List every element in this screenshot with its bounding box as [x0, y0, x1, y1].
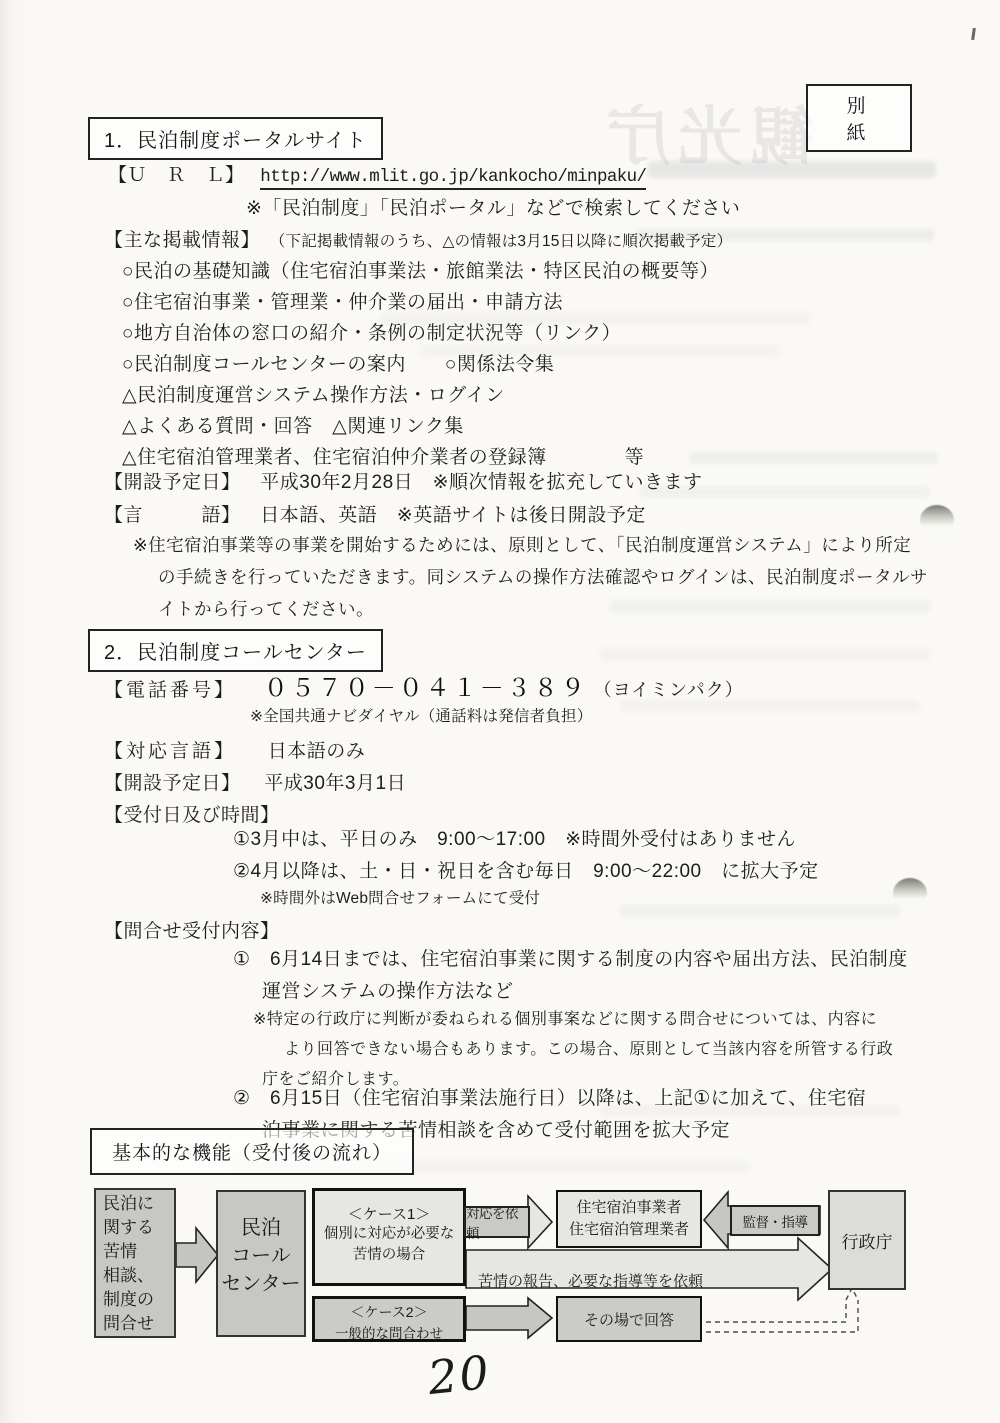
call-open-date-label: 【開設予定日】	[104, 768, 241, 795]
portal-item: ○民泊制度コールセンターの案内 ○関係法令集	[122, 349, 554, 376]
inquiry-item1-line2: 運営システムの操作方法など	[262, 976, 514, 1003]
dashed-connector	[706, 1300, 846, 1322]
scanned-document-page: 観光庁 別 紙 1．民泊制度ポータルサイト 【Ｕ Ｒ Ｌ】 http://www…	[0, 0, 1000, 1423]
case1-body: 個別に対応が必要な苦情の場合	[315, 1224, 463, 1266]
flow-box-inquiry-line: 相談、	[103, 1264, 174, 1288]
hours-note: ※時間外はWeb問合せフォームにて受付	[260, 886, 540, 908]
info-note: （下記掲載情報のうち、△の情報は3月15日以降に順次掲載予定）	[270, 233, 732, 250]
flow-box-inquiry-line: 問合せ	[103, 1312, 174, 1336]
info-line: 【主な掲載情報】 （下記掲載情報のうち、△の情報は3月15日以降に順次掲載予定）	[104, 225, 732, 252]
call-language-value: 日本語のみ	[268, 741, 366, 762]
phone-note: ※全国共通ナビダイヤル（通話料は発信者負担）	[250, 704, 592, 726]
portal-note-line3: イトから行ってください。	[158, 596, 374, 621]
flow-box-inquiry-line: 制度の	[103, 1288, 174, 1312]
call-language-label: 【対応言語】	[104, 736, 236, 763]
inquiry-note-line1: ※特定の行政庁に判断が委ねられる個別事案などに関する問合せについては、内容に	[253, 1006, 877, 1029]
flow-box-callcenter-line: 民泊	[218, 1214, 304, 1242]
operators-line2: 住宅宿泊管理業者	[558, 1219, 700, 1241]
arrow-to-callcenter	[176, 1228, 218, 1282]
open-date-value: 平成30年2月28日 ※順次情報を拡充していきます	[260, 472, 702, 493]
portal-language-line: 【言 語】 日本語、英語 ※英語サイトは後日開設予定	[104, 500, 646, 527]
bleed-through-band	[648, 161, 936, 178]
flow-title: 基本的な機能（受付後の流れ）	[90, 1128, 414, 1175]
section2-title: 2．民泊制度コールセンター	[88, 629, 383, 672]
flow-box-inquiry-line: 関する	[103, 1216, 174, 1240]
case2-title: ＜ケース2＞	[315, 1302, 463, 1322]
dashed-connector	[706, 1300, 858, 1332]
info-label: 【主な掲載情報】	[104, 225, 260, 252]
inquiry-item2-line1: ② 6月15日（住宅宿泊事業法施行日）以降は、上記①に加えて、住宅宿	[233, 1083, 866, 1110]
call-language-line: 【対応言語】 日本語のみ	[104, 736, 365, 763]
flow-box-inquiry-line: 民泊に	[103, 1192, 174, 1216]
portal-item: ○地方自治体の窓口の紹介・条例の制定状況等（リンク）	[122, 318, 621, 345]
flow-box-answer: その場で回答	[556, 1296, 702, 1342]
arrow-request-label: 対応を依頼	[464, 1206, 530, 1238]
flow-box-case2: ＜ケース2＞ 一般的な問合わせ	[312, 1296, 466, 1342]
flow-box-callcenter-line: コール	[218, 1242, 304, 1270]
portal-url-link: http://www.mlit.go.jp/kankocho/minpaku/	[260, 167, 646, 190]
portal-item: ○住宅宿泊事業・管理業・仲介業の届出・申請方法	[122, 287, 563, 314]
url-line: 【Ｕ Ｒ Ｌ】 http://www.mlit.go.jp/kankocho/m…	[108, 160, 646, 187]
portal-open-date-line: 【開設予定日】 平成30年2月28日 ※順次情報を拡充していきます	[104, 467, 703, 494]
portal-note-line1: ※住宅宿泊事業等の事業を開始するためには、原則として、「民泊制度運営システム」に…	[133, 532, 911, 557]
language-label: 【言 語】	[104, 500, 241, 527]
hours-label: 【受付日及び時間】	[104, 800, 280, 827]
call-open-date-value: 平成30年3月1日	[264, 773, 406, 794]
arrow-case2-shape	[466, 1298, 552, 1338]
portal-item: ○民泊の基礎知識（住宅宿泊事業法・旅館業法・特区民泊の概要等）	[122, 256, 719, 283]
portal-item: △民泊制度運営システム操作方法・ログイン	[122, 380, 505, 407]
bleed-through-band	[600, 648, 930, 661]
hours-item1: ①3月中は、平日のみ 9:00～17:00 ※時間外受付はありません	[233, 824, 796, 851]
arrow-supervise-label: 監督・指導	[730, 1205, 820, 1236]
bleed-through-band	[610, 600, 930, 613]
inquiry-note-line2: より回答できない場合もあります。この場合、原則として当該内容を所管する行政	[284, 1036, 893, 1059]
inquiry-item1-line1: ① 6月14日までは、住宅宿泊事業に関する制度の内容や届出方法、民泊制度	[233, 944, 908, 971]
flow-box-agency: 行政庁	[828, 1190, 906, 1290]
operators-line1: 住宅宿泊事業者	[558, 1197, 700, 1219]
flow-box-callcenter: 民泊 コール センター	[216, 1190, 306, 1337]
scan-hole-artifact	[920, 505, 954, 535]
portal-item: △住宅宿泊管理業者、住宅宿泊仲介業者の登録簿 等	[122, 442, 644, 469]
url-search-note: ※「民泊制度」「民泊ポータル」などで検索してください	[246, 193, 740, 220]
bleed-through-band	[690, 452, 938, 464]
language-value: 日本語、英語 ※英語サイトは後日開設予定	[260, 505, 646, 526]
open-date-label: 【開設予定日】	[104, 467, 241, 494]
case1-title: ＜ケース1＞	[315, 1203, 463, 1224]
attachment-tag: 別 紙	[806, 84, 912, 152]
hours-item2: ②4月以降は、土・日・祝日を含む毎日 9:00～22:00 に拡大予定	[233, 856, 819, 883]
phone-label: 【電話番号】	[104, 675, 236, 702]
flow-box-inquiry-line: 苦情	[103, 1240, 174, 1264]
inquiry-label: 【問合せ受付内容】	[104, 916, 280, 943]
flow-box-callcenter-line: センター	[218, 1270, 304, 1298]
portal-note-line2: の手続きを行っていただきます。同システムの操作方法確認やログインは、民泊制度ポー…	[158, 564, 928, 589]
scan-hole-artifact	[893, 878, 927, 908]
handwritten-page-number: 20	[425, 1345, 493, 1405]
phone-reading: （ヨイミンパク）	[594, 680, 744, 700]
arrow-report-label: 苦情の報告、必要な指導等を依頼	[478, 1270, 703, 1291]
phone-line: 【電話番号】 ０５７０－０４１－３８９ （ヨイミンパク）	[104, 668, 744, 703]
section1-title: 1．民泊制度ポータルサイト	[88, 117, 383, 160]
portal-item: △よくある質問・回答 △関連リンク集	[122, 411, 464, 438]
call-open-date-line: 【開設予定日】 平成30年3月1日	[104, 768, 406, 795]
url-label: 【Ｕ Ｒ Ｌ】	[108, 160, 245, 187]
phone-number: ０５７０－０４１－３８９	[264, 675, 588, 702]
flow-box-inquiry: 民泊に 関する 苦情 相談、 制度の 問合せ	[94, 1188, 176, 1338]
case2-body: 一般的な問合わせ	[315, 1322, 463, 1342]
flow-box-operators: 住宅宿泊事業者 住宅宿泊管理業者	[556, 1190, 702, 1248]
scan-speck	[971, 28, 976, 40]
flow-box-case1: ＜ケース1＞ 個別に対応が必要な苦情の場合	[312, 1188, 466, 1286]
bleed-through-band	[620, 905, 900, 918]
